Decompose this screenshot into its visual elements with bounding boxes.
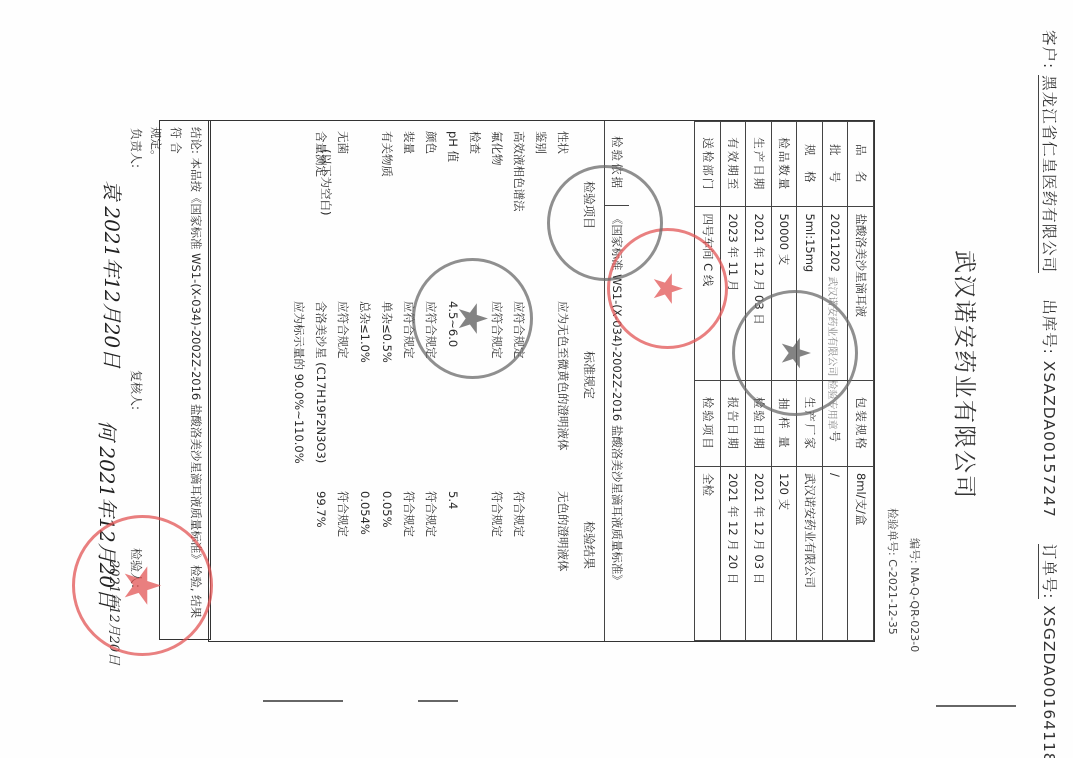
info-value2: 2021 年 12 月 20 日 <box>721 466 747 640</box>
test-item-standard: 含洛美沙星 (C17H19F2N3O3) <box>310 301 332 501</box>
report-number: 检验单号: C-2021-12-35 <box>885 508 901 635</box>
test-item-result: 无色的澄明液体 <box>552 491 574 641</box>
test-item-name: 氟化物 <box>486 131 508 261</box>
outbound-label: 出库号: <box>1040 299 1058 355</box>
company-qc-stamp-text: 武汉诺安药业有限公司 检验专用章 <box>826 276 841 429</box>
blank-below-note: (以下为空白) <box>318 149 334 215</box>
stamp-star-icon: ★ <box>453 301 493 337</box>
test-item-standard: 应为标示量的 90.0%~110.0% <box>288 301 310 501</box>
company-qc-stamp: ★ 武汉诺安药业有限公司 检验专用章 <box>732 290 858 416</box>
holding-red-stamp: ★ <box>72 515 213 656</box>
scan-artifact-line <box>418 700 458 702</box>
certificate-of-analysis-page: 客户: 黑龙江省仁皇医药有限公司 出库号: XSAZDA00157247 订单号… <box>0 0 1073 758</box>
info-label2: 包装规格 <box>848 381 874 466</box>
info-value2: 120 支 <box>772 466 798 640</box>
scan-artifact-line <box>936 705 1016 707</box>
company-title: 武汉诺安药业有限公司 <box>950 250 983 500</box>
stamp-star-icon: ★ <box>648 271 688 307</box>
info-value2: 2021 年 12 月 03 日 <box>746 466 772 640</box>
info-label: 品 名 <box>848 122 874 207</box>
test-item-name: 有关物质 <box>376 131 398 261</box>
test-item-name: 无菌 <box>332 131 354 261</box>
customer-label: 客户: <box>1040 30 1058 69</box>
info-label2: 报告日期 <box>721 381 747 466</box>
info-row: 品 名盐酸洛美沙星滴耳液包装规格8ml/支/盒 <box>848 122 874 641</box>
test-item-standard: 单杂≤0.5% <box>376 301 398 501</box>
qc-secondary-stamp <box>547 165 663 281</box>
info-label: 生产日期 <box>746 122 772 207</box>
stamp-star-icon: ★ <box>775 335 815 371</box>
test-item-name: 装量 <box>398 131 420 261</box>
test-item-standard: 应符合规定 <box>332 301 354 501</box>
info-value2: 全检 <box>695 466 721 640</box>
column-header-standard: 标准规定 <box>581 351 598 399</box>
outbound-value: XSAZDA00157247 <box>1040 361 1058 518</box>
info-value2: 武汉诺安药业有限公司 <box>797 466 823 640</box>
test-item-name: pH 值 <box>442 131 464 261</box>
test-item-standard: 总杂≤1.0% <box>354 301 376 501</box>
info-label: 批 号 <box>823 122 849 207</box>
responsible-label: 负责人: <box>128 128 145 168</box>
test-item-result: 0.05% <box>376 491 398 641</box>
test-item-result: 符合规定 <box>398 491 420 641</box>
info-label: 送检部门 <box>695 122 721 207</box>
stamp-star-icon: ★ <box>118 563 168 608</box>
test-item-result: 0.054% <box>354 491 376 641</box>
test-item-result: 符合规定 <box>508 491 530 641</box>
scanned-document-viewport: 客户: 黑龙江省仁皇医药有限公司 出库号: XSAZDA00157247 订单号… <box>0 0 1073 758</box>
column-header-result: 检验结果 <box>581 521 598 569</box>
header-line: 客户: 黑龙江省仁皇医药有限公司 出库号: XSAZDA00157247 订单号… <box>1039 30 1061 758</box>
info-label: 规 格 <box>797 122 823 207</box>
order-value: XSGZDA00164118 <box>1040 605 1058 758</box>
reviewer-label: 复核人: <box>128 370 145 410</box>
responsible-signature: 袁 2021年12月20日 <box>99 180 128 368</box>
test-item-result: 99.7% <box>310 491 332 641</box>
test-item-name: 高效液相色谱法 <box>508 131 530 261</box>
test-item-result: 符合规定 <box>486 491 508 641</box>
customer-value: 黑龙江省仁皇医药有限公司 <box>1038 75 1058 273</box>
info-label: 有效期至 <box>721 122 747 207</box>
info-row: 送检部门四号车间 C 线检验项目全检 <box>695 122 721 641</box>
test-item-result: 5.4 <box>442 491 464 641</box>
info-label2: 检验项目 <box>695 381 721 466</box>
document-code: 编号: NA-Q-QR-023-0 <box>907 538 923 652</box>
order-label: 订单号: <box>1038 544 1058 600</box>
info-value2: 8ml/支/盒 <box>848 466 874 640</box>
test-item-standard: 应为无色至微黄色的澄明液体 <box>552 301 574 501</box>
info-value2: / <box>823 466 849 640</box>
test-item-result: 符合规定 <box>420 491 442 641</box>
scan-artifact-line <box>263 700 343 702</box>
test-item-name: 颜色 <box>420 131 442 261</box>
info-label: 检品数量 <box>772 122 798 207</box>
test-item-result: 符合规定 <box>332 491 354 641</box>
test-item-name: 检查 <box>464 131 486 261</box>
holding-qc-stamp: ★ <box>412 258 533 379</box>
test-item-name: 鉴别 <box>530 131 552 261</box>
